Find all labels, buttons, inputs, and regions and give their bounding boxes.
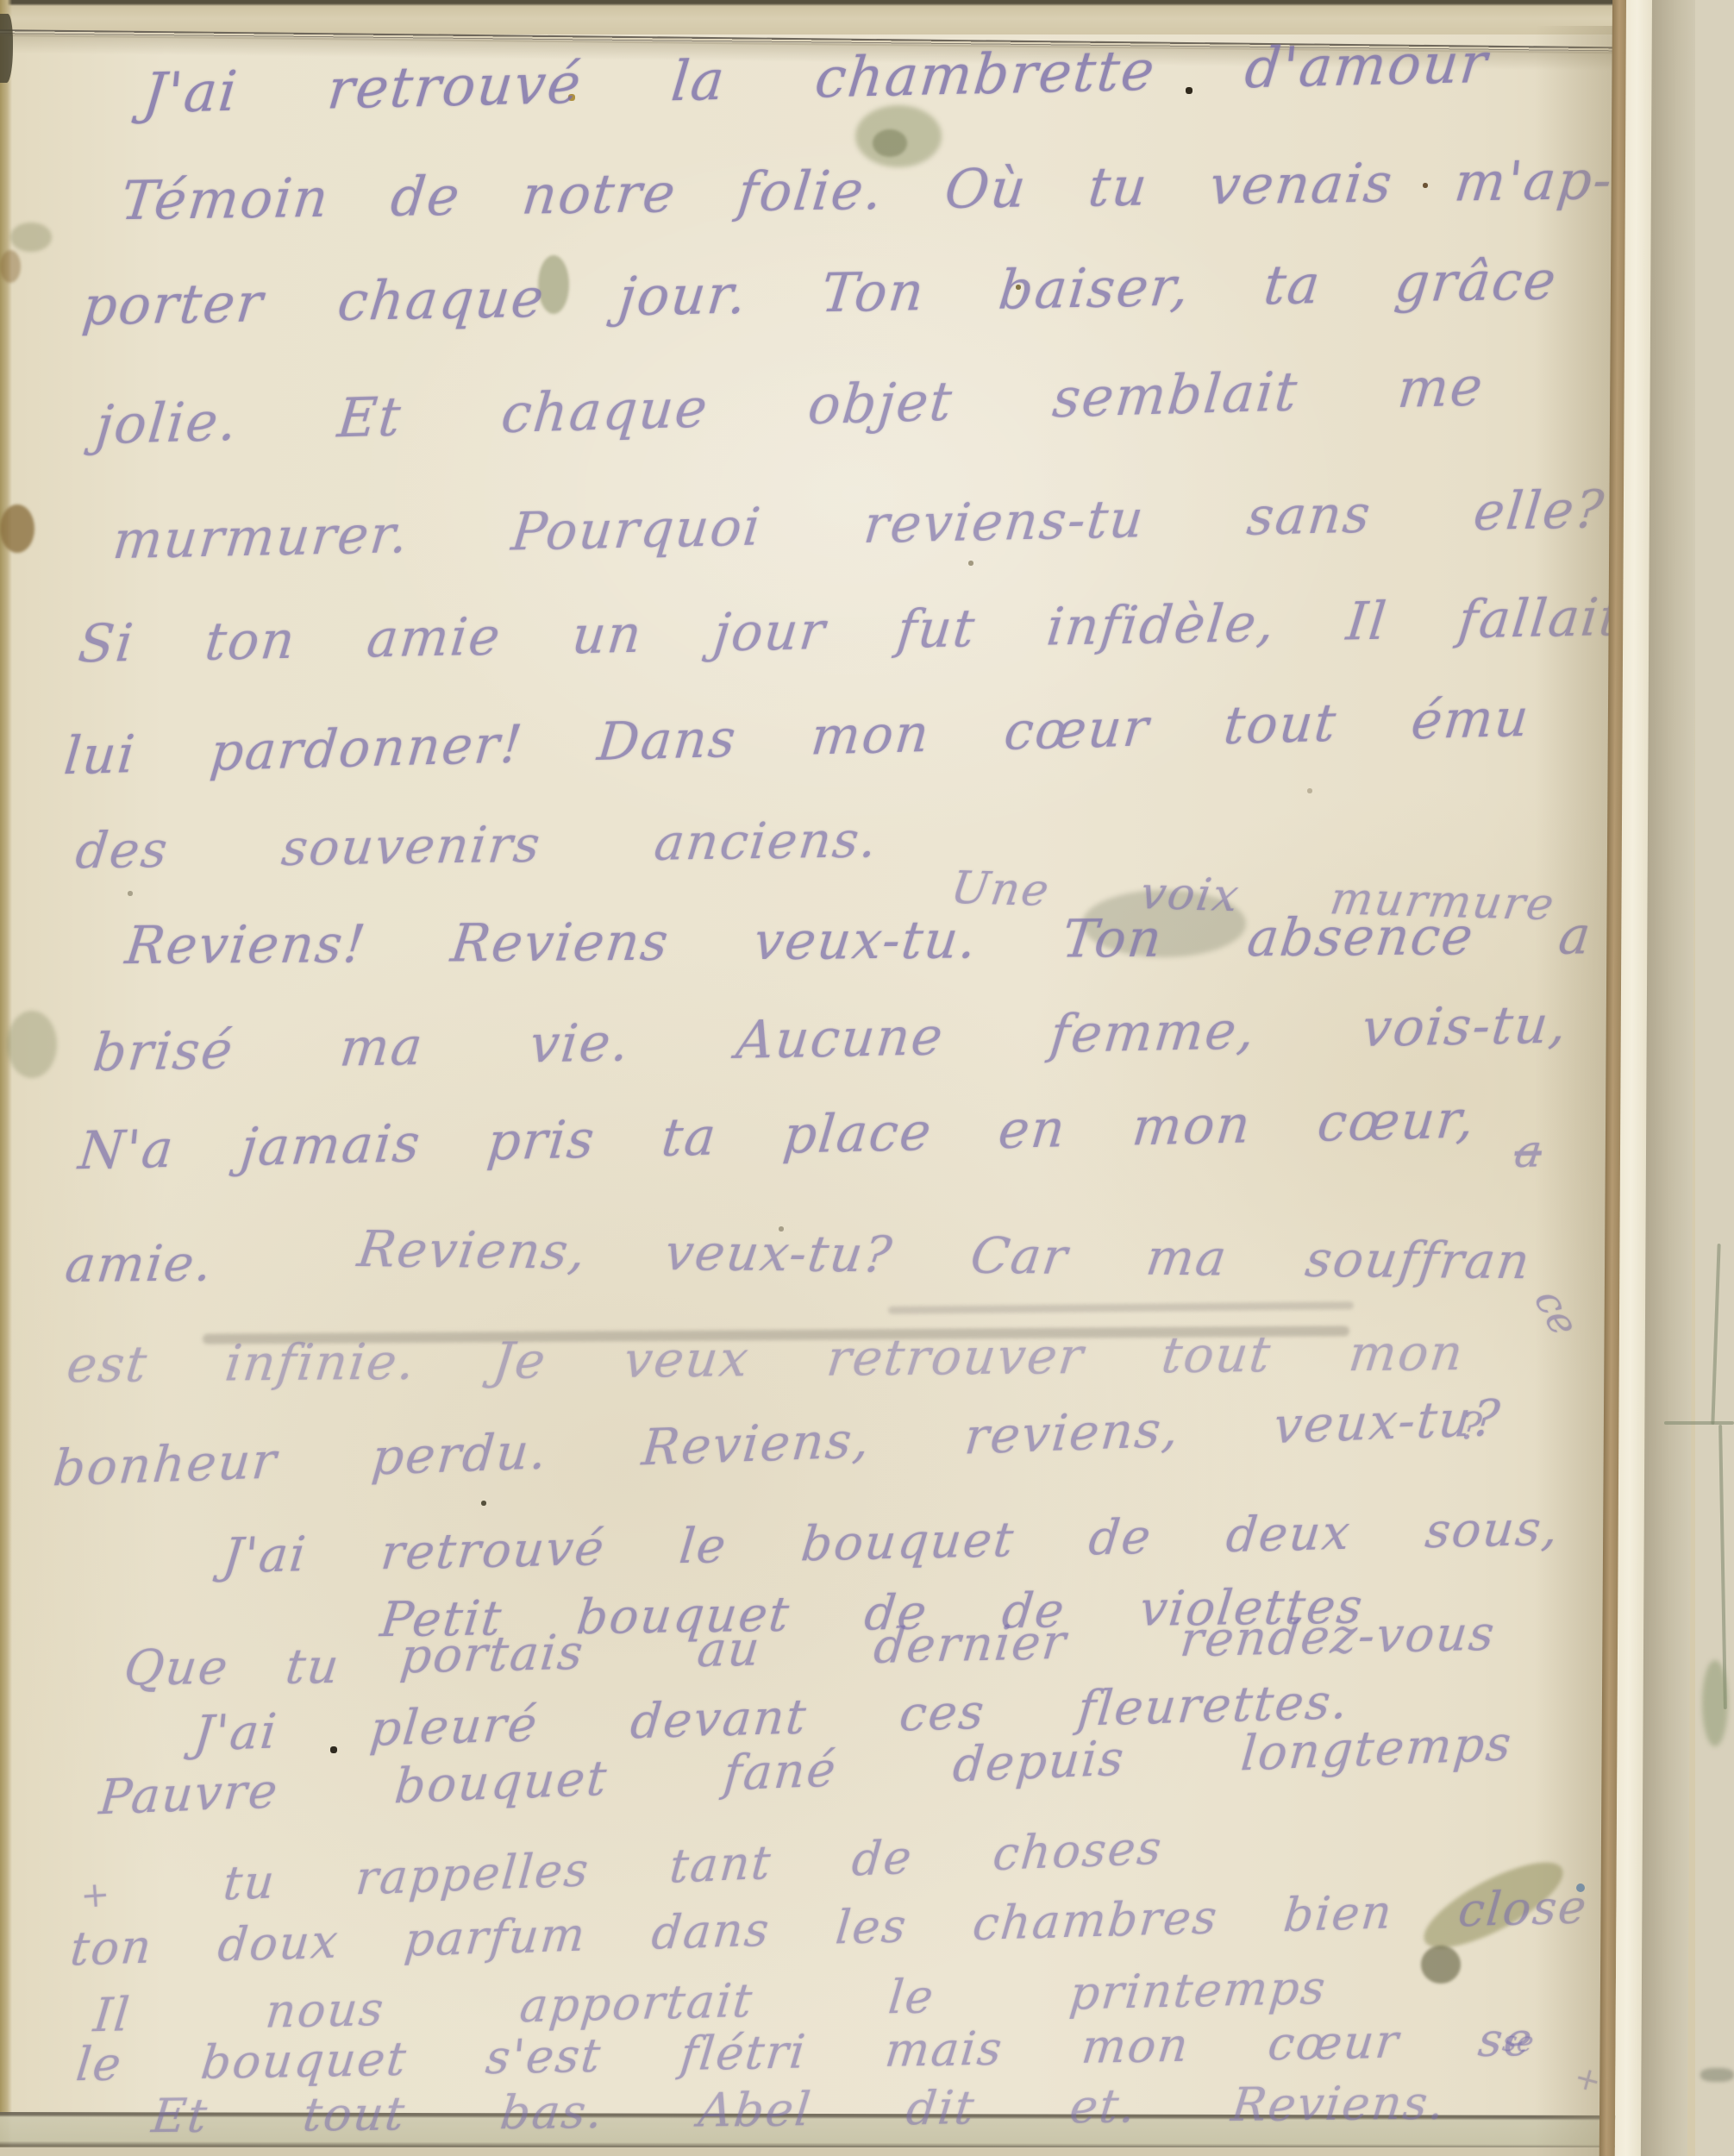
handwritten-line-12b: Reviens, veux-tu? Car ma souffran	[354, 1219, 1535, 1290]
notebook-top-edge	[0, 0, 1734, 34]
olive-blot	[1421, 1946, 1461, 1984]
pencil-dashes	[1700, 2068, 1734, 2082]
superscript-se: se	[1500, 2025, 1536, 2059]
stain	[10, 222, 52, 252]
plus-mark: +	[79, 1875, 111, 1916]
ink-smudge	[873, 129, 907, 157]
handwritten-line-12a: amie.	[62, 1233, 250, 1294]
handwritten-line-8a: des souvenirs anciens.	[73, 810, 881, 880]
pencil-smudge	[1702, 1660, 1728, 1746]
paper-specks	[0, 0, 2, 2]
pencil-line	[1664, 1421, 1734, 1425]
handwritten-line-13: est infinie. Je veux retrouver tout mon	[64, 1323, 1468, 1394]
page-left-edge	[0, 0, 12, 2156]
handwritten-line-17a: Que tu	[122, 1639, 343, 1696]
adjacent-page-strip	[1695, 0, 1734, 2156]
top-left-corner-notch	[0, 14, 13, 83]
stain	[0, 250, 21, 283]
stain	[7, 1011, 57, 1078]
floating-question-mark: ?	[1459, 1404, 1484, 1450]
notebook-scan: J'ai retrouvé la chambrette d'amour Témo…	[0, 0, 1734, 2156]
handwritten-line-9: Reviens! Reviens veux-tu. Ton absence a	[122, 906, 1595, 976]
brown-blot	[0, 505, 34, 553]
page-below-edge	[0, 2147, 1643, 2156]
